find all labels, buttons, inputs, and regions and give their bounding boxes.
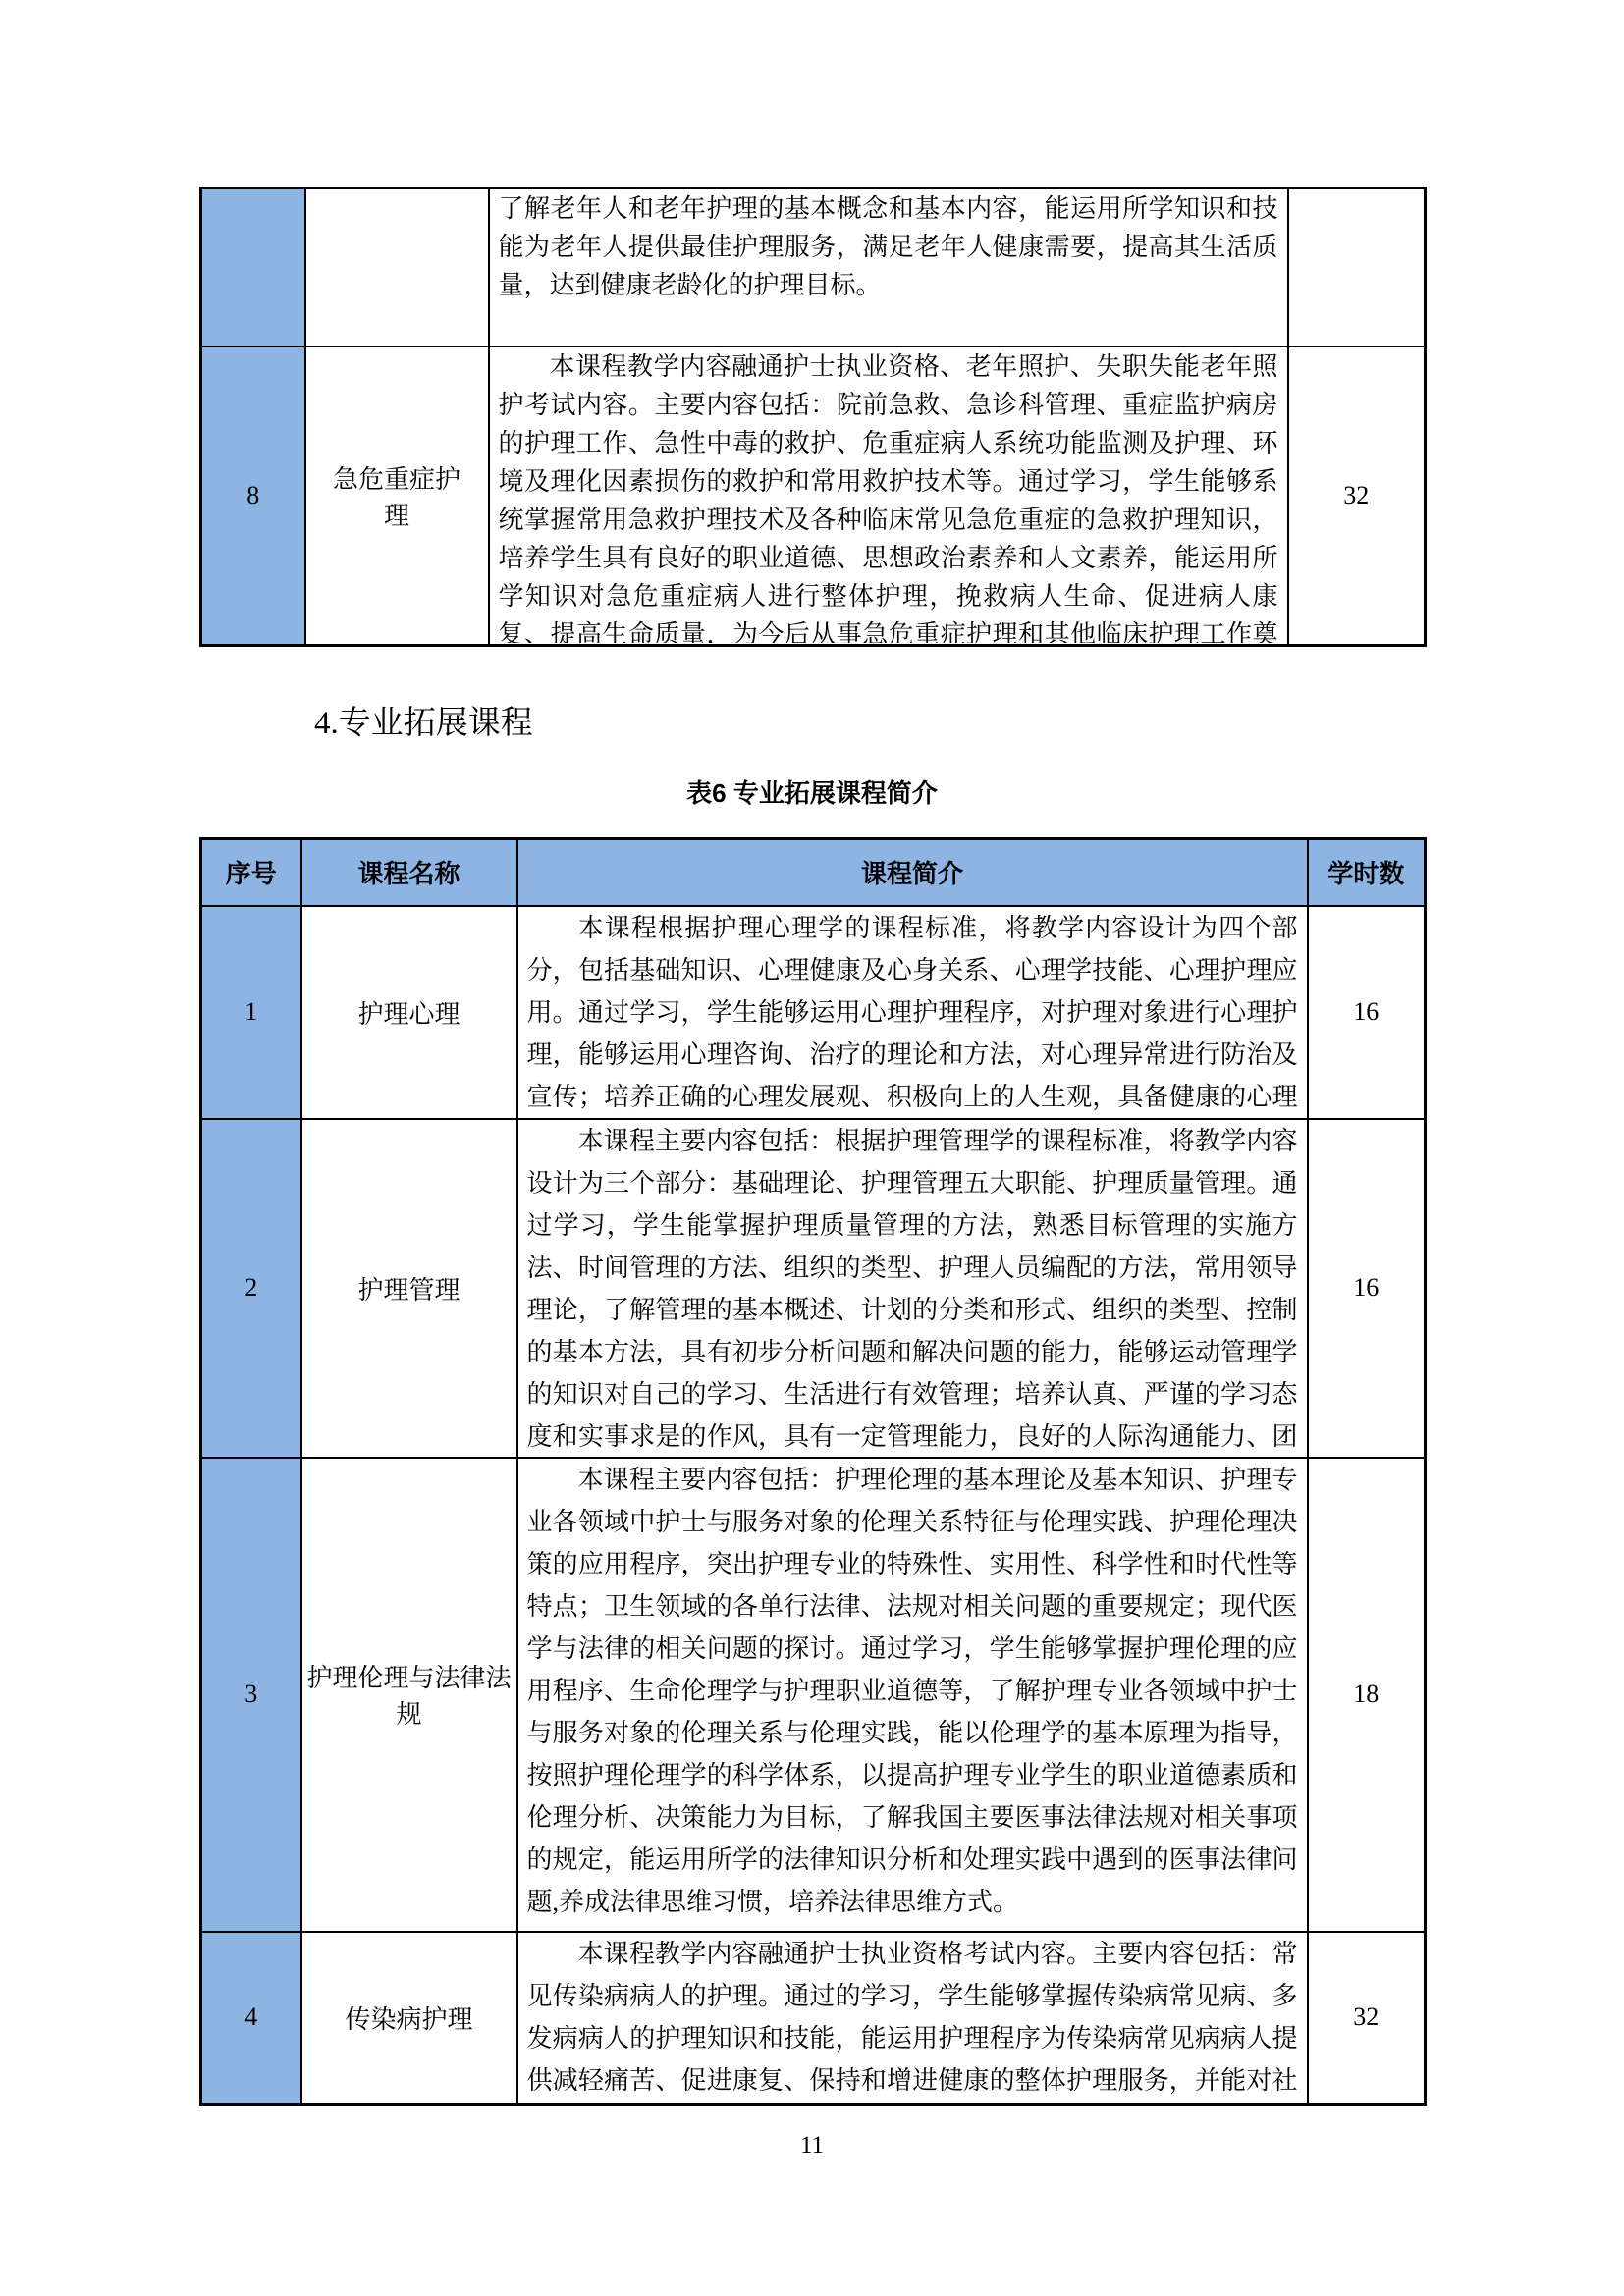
hours-cell: 16 xyxy=(1308,1119,1426,1458)
course-name-cell: 急危重症护理 xyxy=(305,347,489,646)
course-desc-text: 本课程根据护理心理学的课程标准，将教学内容设计为四个部分，包括基础知识、心理健康… xyxy=(527,907,1298,1116)
table-header-row: 序号课程名称课程简介学时数 xyxy=(201,839,1426,906)
section-heading: 4.专业拓展课程 xyxy=(314,697,533,743)
document-page: 了解老年人和老年护理的基本概念和基本内容，能运用所学知识和技能为老年人提供最佳护… xyxy=(0,0,1624,2296)
course-desc-cell: 本课程主要内容包括：根据护理管理学的课程标准，将教学内容设计为三个部分：基础理论… xyxy=(517,1119,1308,1458)
course-desc-text: 了解老年人和老年护理的基本概念和基本内容，能运用所学知识和技能为老年人提供最佳护… xyxy=(499,189,1278,304)
course-name-cell: 护理管理 xyxy=(301,1119,517,1458)
table-prev-body: 了解老年人和老年护理的基本概念和基本内容，能运用所学知识和技能为老年人提供最佳护… xyxy=(201,188,1426,646)
course-desc-cell: 本课程教学内容融通护士执业资格、老年照护、失职失能老年照护考试内容。主要内容包括… xyxy=(489,347,1288,646)
course-name-text: 急危重症护理 xyxy=(330,459,463,532)
row-number-cell: 1 xyxy=(201,906,301,1119)
table6-header: 序号课程名称课程简介学时数 xyxy=(201,839,1426,906)
course-name-cell xyxy=(305,188,489,347)
hours-cell xyxy=(1288,188,1426,347)
table-row: 了解老年人和老年护理的基本概念和基本内容，能运用所学知识和技能为老年人提供最佳护… xyxy=(201,188,1426,347)
table-row: 4传染病护理本课程教学内容融通护士执业资格考试内容。主要内容包括：常见传染病病人… xyxy=(201,1932,1426,2105)
table-prev-courses: 了解老年人和老年护理的基本概念和基本内容，能运用所学知识和技能为老年人提供最佳护… xyxy=(199,187,1427,647)
course-name-cell: 传染病护理 xyxy=(301,1932,517,2105)
table-header-cell: 学时数 xyxy=(1308,839,1426,906)
row-number-cell: 4 xyxy=(201,1932,301,2105)
course-desc-text: 本课程教学内容融通护士执业资格考试内容。主要内容包括：常见传染病病人的护理。通过… xyxy=(527,1933,1298,2102)
course-desc-cell: 本课程教学内容融通护士执业资格考试内容。主要内容包括：常见传染病病人的护理。通过… xyxy=(517,1932,1308,2105)
course-desc-cell: 本课程根据护理心理学的课程标准，将教学内容设计为四个部分，包括基础知识、心理健康… xyxy=(517,906,1308,1119)
table-header-cell: 课程名称 xyxy=(301,839,517,906)
table-row: 2护理管理本课程主要内容包括：根据护理管理学的课程标准，将教学内容设计为三个部分… xyxy=(201,1119,1426,1458)
row-number-cell: 3 xyxy=(201,1458,301,1932)
row-number-cell: 2 xyxy=(201,1119,301,1458)
table6: 序号课程名称课程简介学时数 1护理心理本课程根据护理心理学的课程标准，将教学内容… xyxy=(199,837,1427,2106)
hours-cell: 32 xyxy=(1288,347,1426,646)
table-row: 1护理心理本课程根据护理心理学的课程标准，将教学内容设计为四个部分，包括基础知识… xyxy=(201,906,1426,1119)
hours-cell: 16 xyxy=(1308,906,1426,1119)
page-number: 11 xyxy=(0,2132,1624,2160)
course-desc-cell: 了解老年人和老年护理的基本概念和基本内容，能运用所学知识和技能为老年人提供最佳护… xyxy=(489,188,1288,347)
course-desc-text: 本课程教学内容融通护士执业资格、老年照护、失职失能老年照护考试内容。主要内容包括… xyxy=(499,347,1278,643)
row-number-cell xyxy=(201,188,305,347)
table-row: 3护理伦理与法律法规本课程主要内容包括：护理伦理的基本理论及基本知识、护理专业各… xyxy=(201,1458,1426,1932)
course-desc-text: 本课程主要内容包括：根据护理管理学的课程标准，将教学内容设计为三个部分：基础理论… xyxy=(527,1120,1298,1455)
hours-cell: 18 xyxy=(1308,1458,1426,1932)
course-desc-text: 本课程主要内容包括：护理伦理的基本理论及基本知识、护理专业各领域中护士与服务对象… xyxy=(527,1459,1298,1923)
course-name-cell: 护理心理 xyxy=(301,906,517,1119)
table6-caption: 表6 专业拓展课程简介 xyxy=(0,774,1624,810)
table-row: 8急危重症护理本课程教学内容融通护士执业资格、老年照护、失职失能老年照护考试内容… xyxy=(201,347,1426,646)
table-header-cell: 序号 xyxy=(201,839,301,906)
row-number-cell: 8 xyxy=(201,347,305,646)
hours-cell: 32 xyxy=(1308,1932,1426,2105)
course-desc-cell: 本课程主要内容包括：护理伦理的基本理论及基本知识、护理专业各领域中护士与服务对象… xyxy=(517,1458,1308,1932)
table-header-cell: 课程简介 xyxy=(517,839,1308,906)
table6-body: 1护理心理本课程根据护理心理学的课程标准，将教学内容设计为四个部分，包括基础知识… xyxy=(201,906,1426,2105)
course-name-cell: 护理伦理与法律法规 xyxy=(301,1458,517,1932)
